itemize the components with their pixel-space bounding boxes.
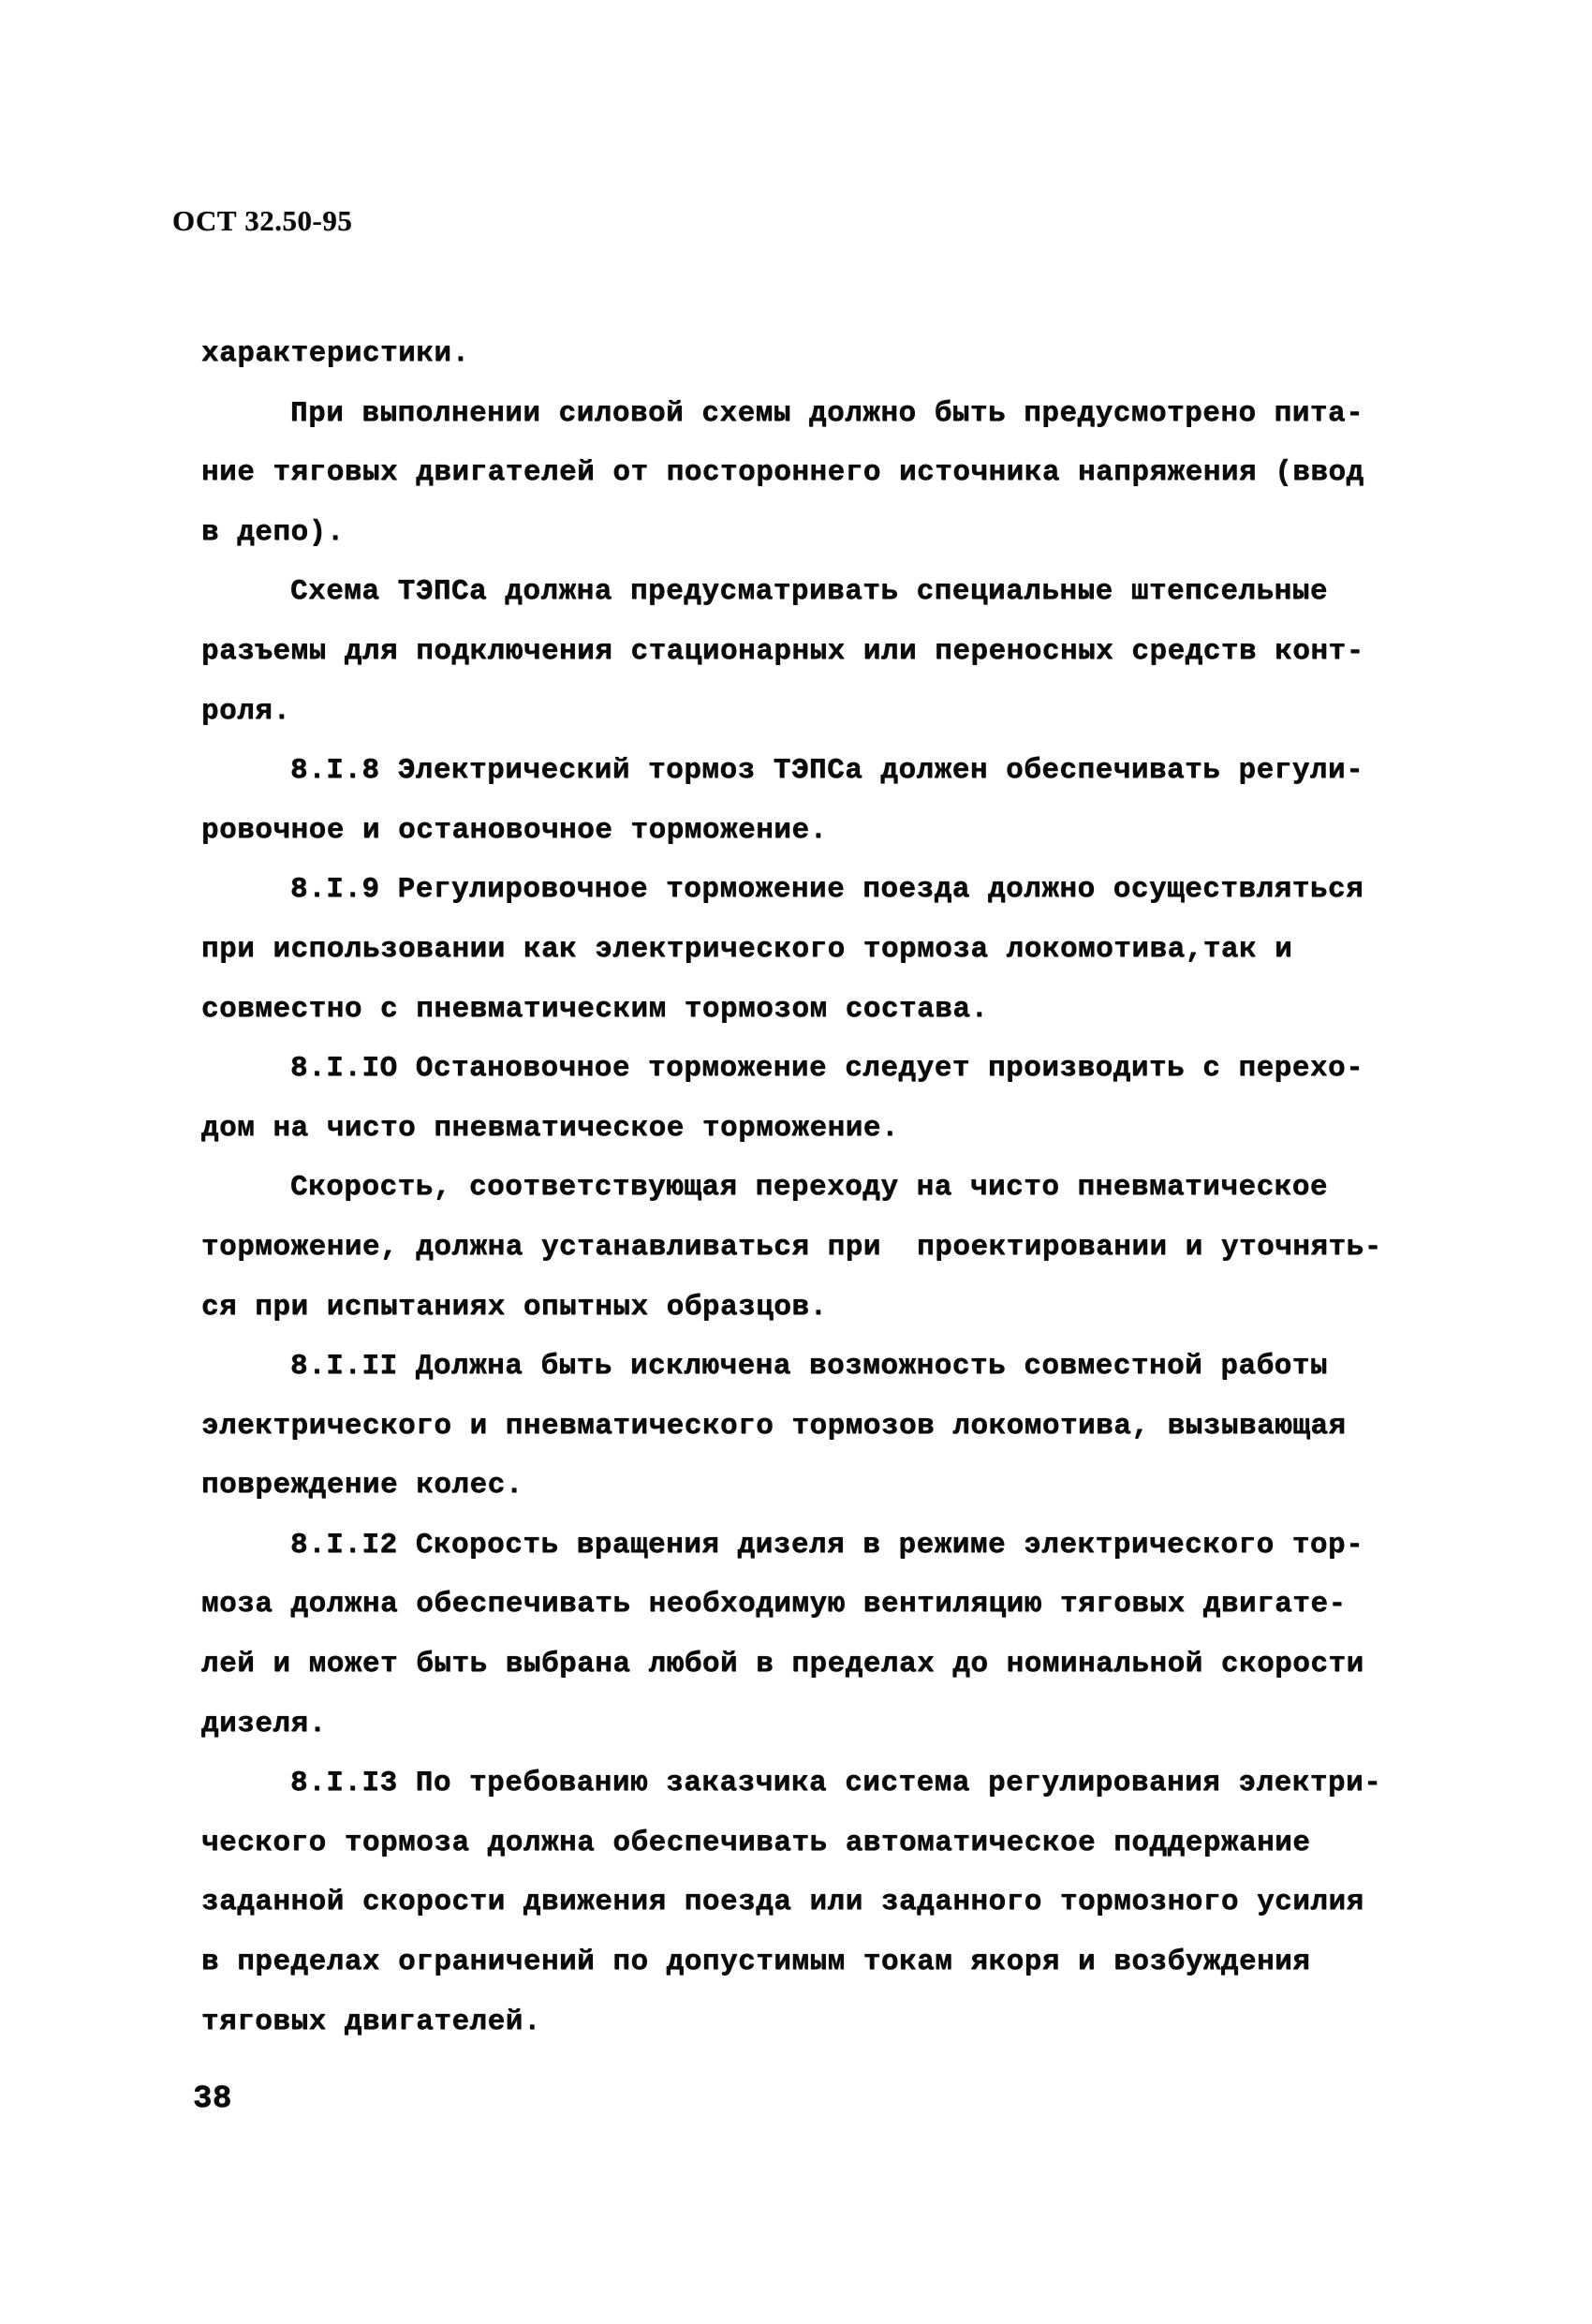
scanned-document-page: ОСТ 32.50-95 характеристики.При выполнен… [0,0,1592,2324]
text-line: заданной скорости движения поезда или за… [201,1873,1409,1932]
text-line: 8.I.8 Электрический тормоз ТЭПСа должен … [201,741,1409,801]
text-line: Схема ТЭПСа должна предусматривать специ… [201,562,1409,622]
text-line: тяговых двигателей. [201,1992,1409,2052]
text-line: в депо). [201,503,1409,563]
text-line: торможение, должна устанавливаться при п… [201,1218,1409,1278]
text-line: Скорость, соответствующая переходу на чи… [201,1158,1409,1218]
text-line: ние тяговых двигателей от постороннего и… [201,443,1409,503]
text-line: 8.I.I2 Скорость вращения дизеля в режиме… [201,1516,1409,1576]
text-line: лей и может быть выбрана любой в предела… [201,1635,1409,1695]
text-line: в пределах ограничений по допустимым ток… [201,1932,1409,1992]
text-line: роля. [201,682,1409,742]
text-line: 8.I.9 Регулировочное торможение поезда д… [201,860,1409,920]
text-line: повреждение колес. [201,1456,1409,1516]
standard-designation-header: ОСТ 32.50-95 [172,204,352,238]
text-line: ческого тормоза должна обеспечивать авто… [201,1813,1409,1873]
text-line: ровочное и остановочное торможение. [201,801,1409,861]
text-line: 8.I.I3 По требованию заказчика система р… [201,1754,1409,1813]
text-line: 8.I.II Должна быть исключена возможность… [201,1337,1409,1397]
text-line: дом на чисто пневматическое торможение. [201,1099,1409,1159]
text-line: ся при испытаниях опытных образцов. [201,1278,1409,1338]
text-line: дизеля. [201,1695,1409,1754]
page-number: 38 [193,2081,232,2117]
document-body-text: характеристики.При выполнении силовой сх… [201,324,1409,2051]
text-line: разъемы для подключения стационарных или… [201,622,1409,682]
text-line: совместно с пневматическим тормозом сост… [201,980,1409,1040]
text-line: при использовании как электрического тор… [201,920,1409,980]
text-line: электрического и пневматического тормозо… [201,1397,1409,1457]
text-line: моза должна обеспечивать необходимую вен… [201,1575,1409,1635]
text-line: характеристики. [201,324,1409,384]
text-line: 8.I.IO Остановочное торможение следует п… [201,1039,1409,1099]
text-line: При выполнении силовой схемы должно быть… [201,384,1409,444]
